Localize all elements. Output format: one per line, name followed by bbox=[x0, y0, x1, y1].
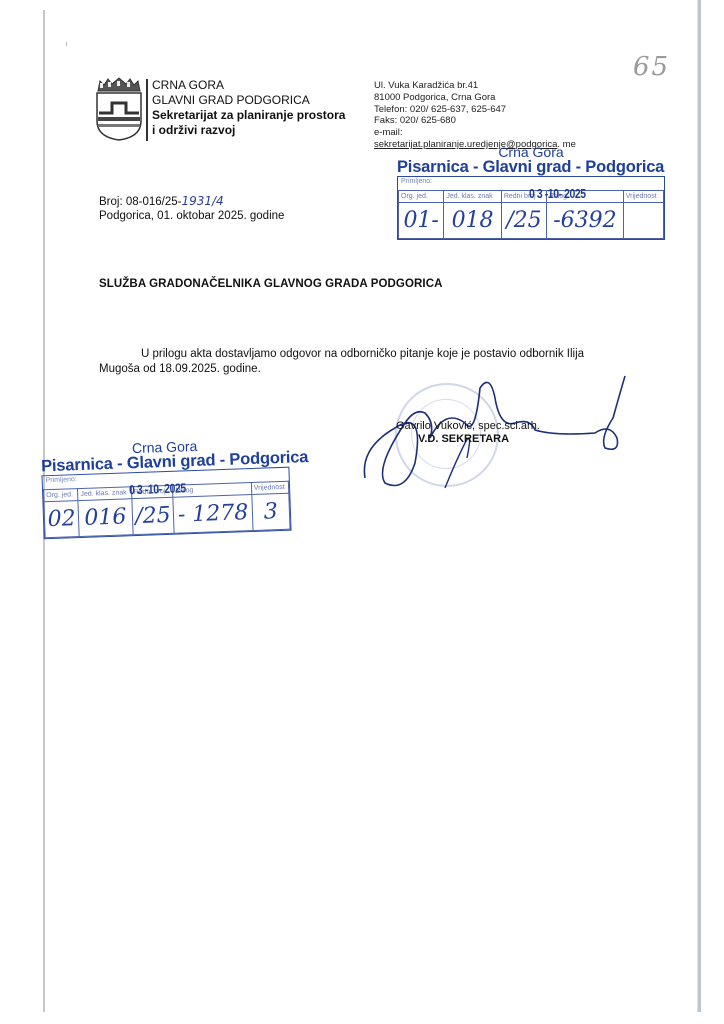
stamp-country: Crna Gora bbox=[397, 145, 665, 159]
phone: Telefon: 020/ 625-637, 625-647 bbox=[374, 104, 576, 116]
contact-info: Ul. Vuka Karadžića br.41 81000 Podgorica… bbox=[374, 80, 576, 151]
city-name: GLAVNI GRAD PODGORICA bbox=[152, 93, 345, 108]
signature-block: Gavrilo Vuković, spec.sci.arh. V.D. SEKR… bbox=[396, 420, 540, 446]
stamp-value: - 1278 bbox=[173, 495, 252, 534]
header-divider bbox=[146, 79, 148, 141]
department-name-cont: i održivi razvoj bbox=[152, 123, 345, 138]
coat-of-arms-icon bbox=[94, 77, 144, 141]
stamp-value: -6392 bbox=[547, 203, 624, 239]
stamp-col-header: Vrijednost bbox=[623, 191, 663, 203]
stamp-office: Pisarnica - Glavni grad - Podgorica bbox=[397, 159, 665, 176]
stamp-box: Primljeno: 0 3 -10- 2025 Org. jed. Jed. … bbox=[41, 467, 291, 540]
postal-address: 81000 Podgorica, Crna Gora bbox=[374, 92, 576, 104]
stamp-date: 0 3 -10- 2025 bbox=[529, 186, 586, 201]
department-name: Sekretarijat za planiranje prostora bbox=[152, 108, 345, 123]
recipient: SLUŽBA GRADONAČELNIKA GLAVNOG GRADA PODG… bbox=[99, 278, 443, 290]
country-name: CRNA GORA bbox=[152, 78, 345, 93]
stamp-value: 02 bbox=[44, 501, 79, 538]
stamp-value: /25 bbox=[131, 497, 174, 534]
stamp-value: 016 bbox=[78, 499, 132, 537]
stamp-value: 018 bbox=[444, 203, 502, 239]
reference-number-handwritten: 1931/4 bbox=[181, 194, 223, 208]
stamp-box: Primljeno: 0 3 -10- 2025 Org. jed. Jed. … bbox=[397, 176, 665, 240]
address: Ul. Vuka Karadžića br.41 bbox=[374, 80, 576, 92]
stamp-date: 0 3 -10- 2025 bbox=[129, 480, 186, 497]
stamp-col-header: Jed. klas. znak bbox=[444, 191, 502, 203]
stamp-value: 3 bbox=[252, 493, 290, 530]
stamp-value: /25 bbox=[501, 203, 546, 239]
stamp-value bbox=[623, 203, 663, 239]
registry-stamp: Crna Gora Pisarnica - Glavni grad - Podg… bbox=[397, 145, 665, 240]
stamp-col-header: Org. jed. bbox=[399, 191, 444, 203]
place-date: Podgorica, 01. oktobar 2025. godine bbox=[99, 209, 284, 223]
fax: Faks: 020/ 625-680 bbox=[374, 115, 576, 127]
signatory-name: Gavrilo Vuković, spec.sci.arh. bbox=[396, 420, 540, 433]
reference-number: Broj: 08-016/25- bbox=[99, 196, 181, 208]
registry-stamp: Crna Gora Pisarnica - Glavni grad - Podg… bbox=[40, 436, 291, 540]
page-edge-right bbox=[697, 0, 701, 1012]
organization-header: CRNA GORA GLAVNI GRAD PODGORICA Sekretar… bbox=[152, 78, 345, 138]
stamp-value: 01- bbox=[399, 203, 444, 239]
handwritten-page-number: 65 bbox=[633, 52, 670, 82]
scan-mark bbox=[66, 42, 67, 46]
email-label: e-mail: bbox=[374, 127, 576, 139]
reference-block: Broj: 08-016/25-1931/4 Podgorica, 01. ok… bbox=[99, 194, 284, 223]
signatory-title: V.D. SEKRETARA bbox=[396, 433, 540, 446]
